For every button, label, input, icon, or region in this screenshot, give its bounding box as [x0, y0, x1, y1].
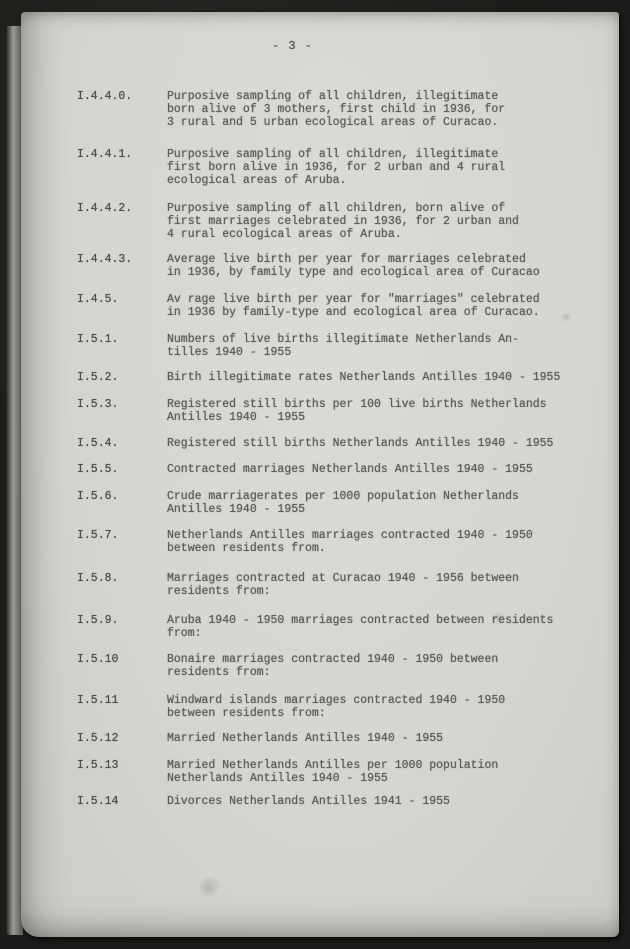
entry-id: I.4.4.1. [77, 148, 132, 161]
entry-id: I.5.5. [77, 463, 118, 476]
entry-text: Birth illegitimate rates Netherlands Ant… [167, 371, 597, 384]
entry-id: I.4.4.0. [77, 90, 132, 103]
entry-text: Netherlands Antilles marriages contracte… [167, 529, 597, 555]
entry-id: I.4.4.3. [77, 253, 132, 266]
entry-text: Married Netherlands Antilles 1940 - 1955 [167, 732, 597, 745]
entry-text: Marriages contracted at Curacao 1940 - 1… [167, 572, 597, 598]
entry-text: Windward islands marriages contracted 19… [167, 694, 597, 720]
entry-text: Purposive sampling of all children, ille… [167, 90, 597, 129]
entry-text: Numbers of live births illegitimate Neth… [167, 333, 597, 359]
entry-id: I.5.11 [77, 694, 118, 707]
entry-text: Bonaire marriages contracted 1940 - 1950… [167, 653, 597, 679]
entry-id: I.5.10 [77, 653, 118, 666]
entry-text: Average live birth per year for marriage… [167, 253, 597, 279]
entry-text: Divorces Netherlands Antilles 1941 - 195… [167, 795, 597, 808]
entry-id: I.5.12 [77, 732, 118, 745]
entry-text: Registered still births per 100 live bir… [167, 398, 597, 424]
entry-text: Married Netherlands Antilles per 1000 po… [167, 759, 597, 785]
entry-id: I.5.6. [77, 490, 118, 503]
entry-text: Aruba 1940 - 1950 marriages contracted b… [167, 614, 597, 640]
entry-id: I.4.4.2. [77, 202, 132, 215]
document-page: - 3 - I.4.4.0. Purposive sampling of all… [21, 12, 619, 937]
entry-id: I.5.1. [77, 333, 118, 346]
entry-text: Purposive sampling of all children, born… [167, 202, 597, 241]
entry-id: I.5.7. [77, 529, 118, 542]
entry-text: Av rage live birth per year for "marriag… [167, 293, 597, 319]
entry-text: Crude marriagerates per 1000 population … [167, 490, 597, 516]
entry-id: I.5.9. [77, 614, 118, 627]
entry-text: Purposive sampling of all children, ille… [167, 148, 597, 187]
entry-id: I.5.3. [77, 398, 118, 411]
paper-stain [196, 877, 222, 897]
entry-id: I.4.5. [77, 293, 118, 306]
entry-id: I.5.4. [77, 437, 118, 450]
entry-id: I.5.2. [77, 371, 118, 384]
page-number: - 3 - [272, 39, 313, 53]
entry-id: I.5.14 [77, 795, 118, 808]
entry-id: I.5.13 [77, 759, 118, 772]
entry-text: Registered still births Netherlands Anti… [167, 437, 597, 450]
entry-text: Contracted marriages Netherlands Antille… [167, 463, 597, 476]
entry-id: I.5.8. [77, 572, 118, 585]
